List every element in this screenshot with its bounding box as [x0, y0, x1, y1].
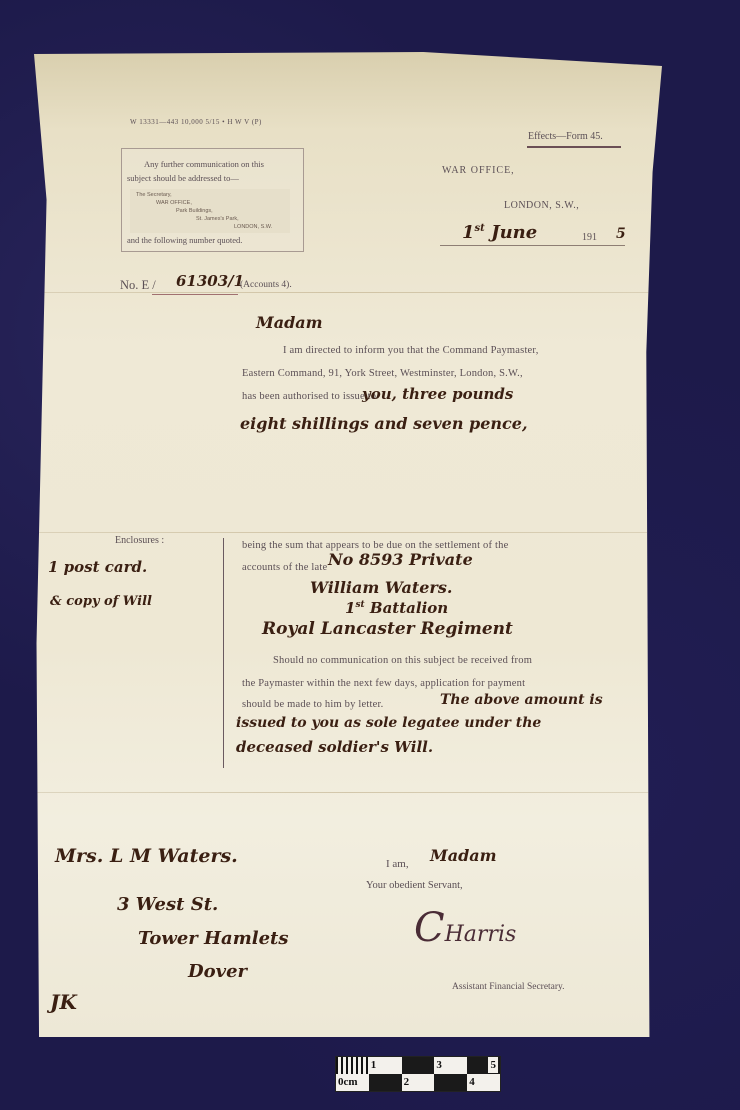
recipient-name: Mrs. L M Waters.: [55, 845, 238, 867]
signatory-title: Assistant Financial Secretary.: [452, 982, 565, 992]
recipient-line: WAR OFFICE,: [156, 200, 192, 206]
signature-initial: C: [414, 905, 445, 951]
address-box: Any further communication on this subjec…: [121, 148, 304, 252]
body-text: has been authorised to issue to: [242, 391, 376, 402]
year-printed: 191: [582, 232, 597, 243]
handwritten-note: issued to you as sole legatee under the: [236, 715, 541, 731]
soldier-regiment: Royal Lancaster Regiment: [262, 619, 513, 639]
recipient-town: Dover: [188, 961, 247, 982]
soldier-battalion: 1st Battalion: [345, 599, 448, 617]
closing-servant: Your obedient Servant,: [366, 880, 463, 891]
clerk-initials: JK: [50, 990, 77, 1014]
closing-madam: Madam: [430, 846, 497, 865]
form-code: W 13331—443 10,000 5/15 • H W V (P): [130, 118, 262, 126]
recipient-line: LONDON, S.W.: [234, 224, 272, 230]
scale-bar: 1 3 5 0cm 2 4: [335, 1056, 501, 1092]
scale-block: 5: [467, 1057, 500, 1074]
body-text: Should no communication on this subject …: [273, 655, 532, 666]
date-line: [440, 245, 625, 246]
reference-underline: [152, 294, 238, 295]
margin-rule: [223, 538, 224, 768]
battalion-suffix: st: [355, 600, 364, 610]
signature-surname: Harris: [445, 922, 517, 947]
year-handwritten: 5: [616, 226, 626, 242]
enclosure-item: 1 post card.: [48, 558, 147, 576]
reference-suffix: (Accounts 4).: [240, 280, 292, 290]
date-day: 1: [462, 222, 475, 243]
battalion-word: Battalion: [370, 599, 448, 617]
recipient-district: Tower Hamlets: [138, 928, 289, 949]
body-text: Eastern Command, 91, York Street, Westmi…: [242, 368, 523, 379]
recipient-line: St. James's Park,: [196, 216, 239, 222]
handwritten-note: deceased soldier's Will.: [236, 738, 433, 756]
date-month: June: [491, 222, 537, 243]
scale-block: [369, 1074, 402, 1091]
amount-handwritten: you, three pounds: [362, 385, 513, 403]
office-name: WAR OFFICE,: [442, 165, 515, 176]
scale-block: [434, 1074, 467, 1091]
recipient-line: Park Buildings,: [176, 208, 213, 214]
soldier-number: No 8593 Private: [328, 550, 473, 569]
amount-handwritten: eight shillings and seven pence,: [240, 414, 528, 433]
form-label-underline: [527, 146, 621, 148]
date-suffix: st: [475, 223, 485, 234]
address-box-recipient: The Secretary, WAR OFFICE, Park Building…: [130, 189, 290, 233]
date-handwritten: 1st June: [462, 222, 537, 243]
scale-label: 5: [488, 1057, 498, 1073]
closing-i-am: I am,: [386, 858, 409, 870]
address-box-line2: subject should be addressed to—: [127, 173, 239, 183]
reference-prefix: No. E /: [120, 278, 156, 293]
scale-ticks: [336, 1057, 369, 1074]
form-label: Effects—Form 45.: [528, 131, 603, 142]
fold-line: [34, 792, 662, 793]
body-text: the Paymaster within the next few days, …: [242, 678, 525, 689]
scale-label: 2: [402, 1074, 435, 1091]
body-text: accounts of the late: [242, 562, 327, 573]
recipient-line: The Secretary,: [136, 192, 172, 198]
body-text: should be made to him by letter.: [242, 699, 383, 710]
reference-number: 61303/1: [176, 272, 244, 290]
fold-line: [34, 532, 662, 533]
salutation: Madam: [256, 313, 323, 332]
signature: CHarris: [414, 905, 516, 951]
battalion-num: 1: [345, 599, 355, 617]
address-box-line1: Any further communication on this: [144, 159, 264, 169]
enclosures-label: Enclosures :: [115, 535, 164, 546]
scale-label: 0cm: [336, 1074, 369, 1091]
scale-block: [402, 1057, 435, 1074]
scale-label: 1: [369, 1057, 402, 1074]
handwritten-note: The above amount is: [440, 692, 603, 708]
enclosure-item: & copy of Will: [50, 594, 152, 609]
body-text: I am directed to inform you that the Com…: [283, 345, 539, 356]
soldier-name: William Waters.: [310, 578, 452, 597]
address-box-line3: and the following number quoted.: [127, 235, 242, 245]
office-location: LONDON, S.W.,: [504, 200, 579, 211]
recipient-street: 3 West St.: [117, 894, 218, 915]
scale-label: 3: [434, 1057, 467, 1074]
scale-label: 4: [467, 1074, 500, 1091]
